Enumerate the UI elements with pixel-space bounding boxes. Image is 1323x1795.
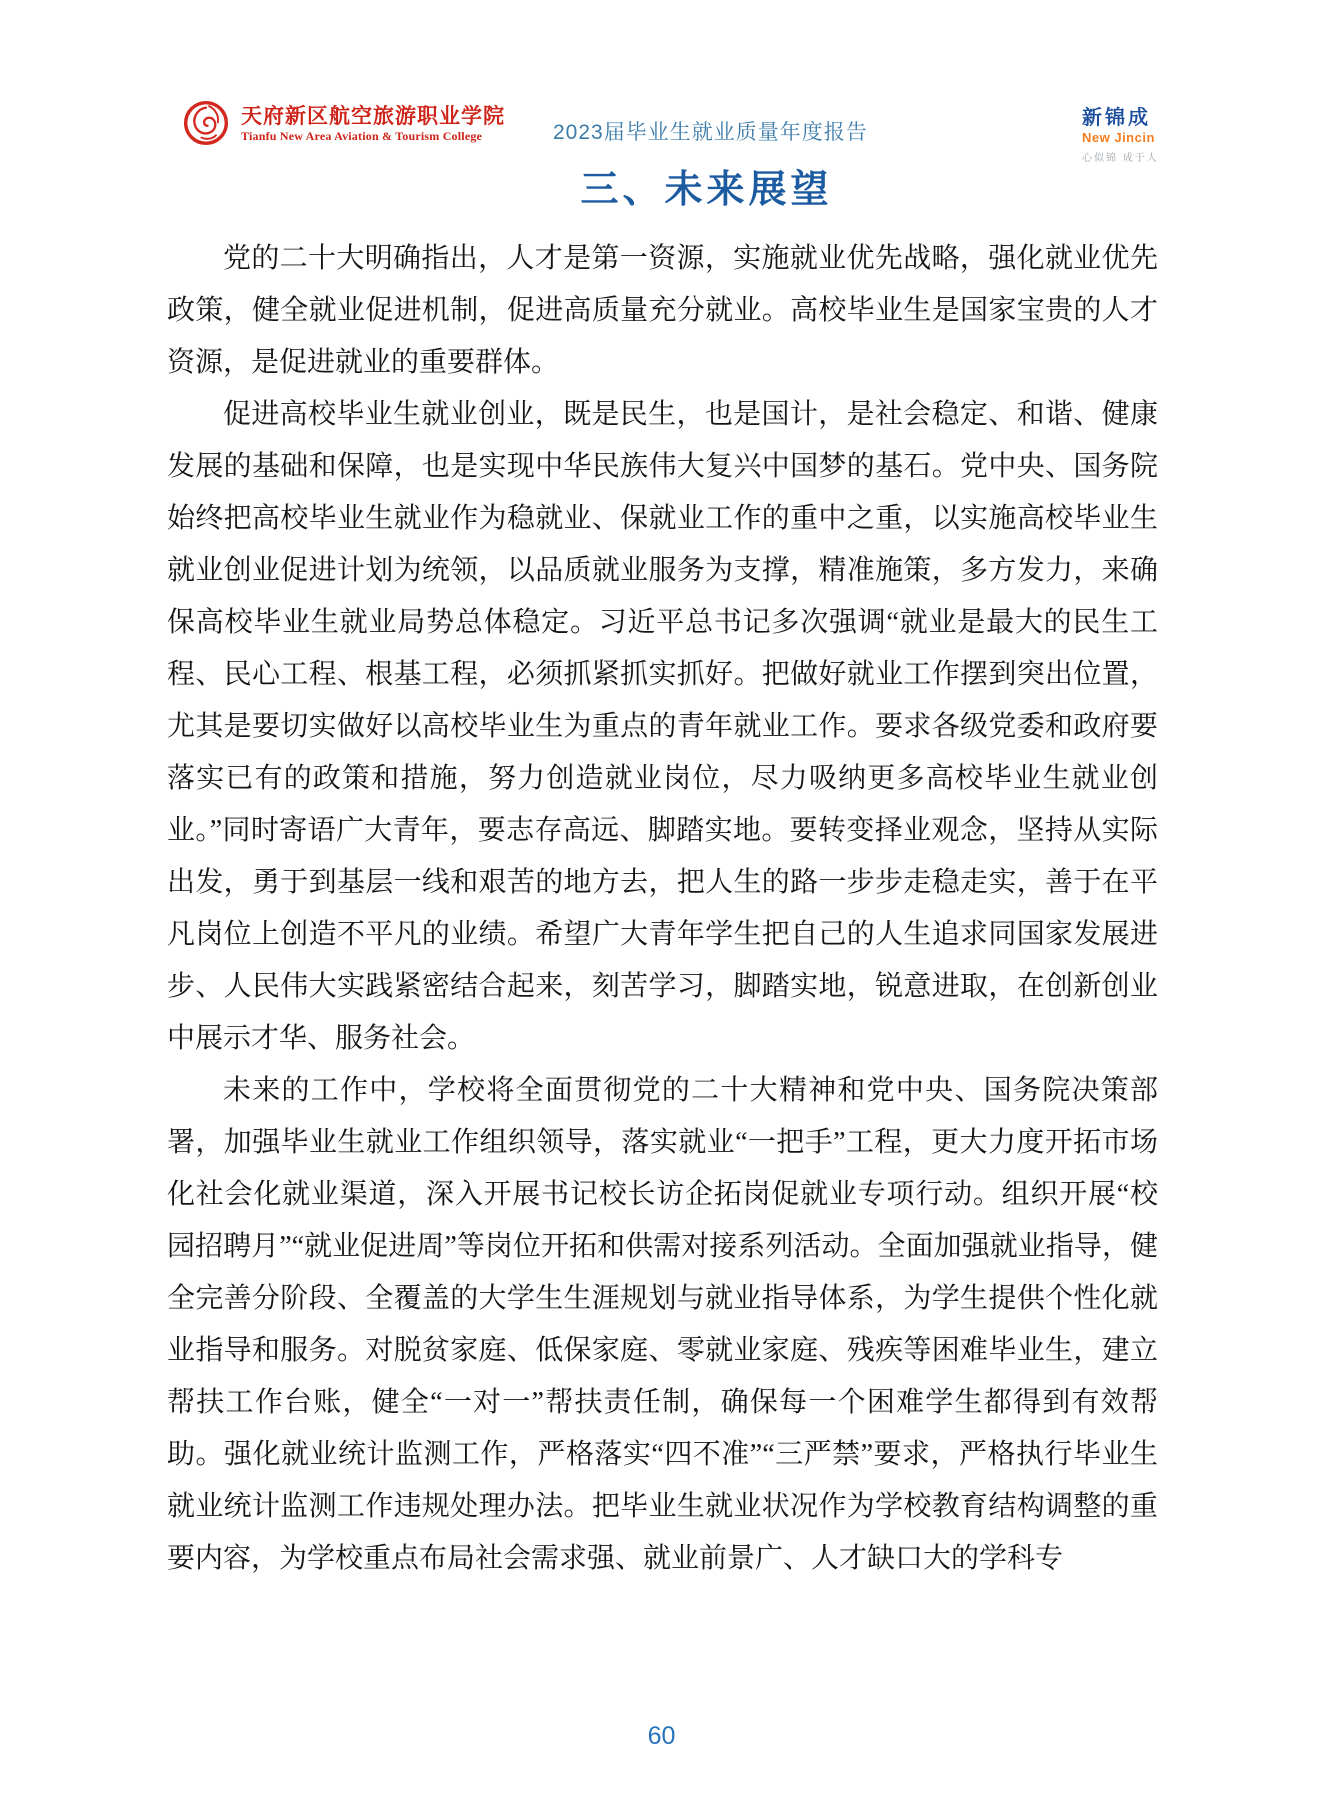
body-paragraph-2: 促进高校毕业生就业创业，既是民生，也是国计，是社会稳定、和谐、健康发展的基础和保… [167, 389, 1158, 1065]
college-name-en: Tianfu New Area Aviation & Tourism Colle… [241, 129, 505, 144]
section-title: 三、未来展望 [0, 158, 1323, 213]
page-number: 60 [0, 1722, 1323, 1751]
report-page: 天府新区航空旅游职业学院 Tianfu New Area Aviation & … [0, 0, 1323, 1795]
publisher-brand: 新锦成 New Jincin 心似锦 成于人 [1082, 106, 1159, 164]
college-name-zh: 天府新区航空旅游职业学院 [241, 103, 505, 129]
body-text: 党的二十大明确指出，人才是第一资源，实施就业优先战略，强化就业优先政策，健全就业… [167, 233, 1158, 1585]
report-title: 2023届毕业生就业质量年度报告 [553, 116, 868, 146]
body-paragraph-3: 未来的工作中，学校将全面贯彻党的二十大精神和党中央、国务院决策部署，加强毕业生就… [167, 1065, 1158, 1585]
publisher-name-zh: 新锦成 [1082, 106, 1159, 130]
college-brand: 天府新区航空旅游职业学院 Tianfu New Area Aviation & … [183, 100, 505, 146]
college-phoenix-logo-icon [183, 100, 229, 146]
publisher-name-en: New Jincin [1082, 130, 1159, 146]
body-paragraph-1: 党的二十大明确指出，人才是第一资源，实施就业优先战略，强化就业优先政策，健全就业… [167, 233, 1158, 389]
college-name-block: 天府新区航空旅游职业学院 Tianfu New Area Aviation & … [241, 103, 505, 144]
